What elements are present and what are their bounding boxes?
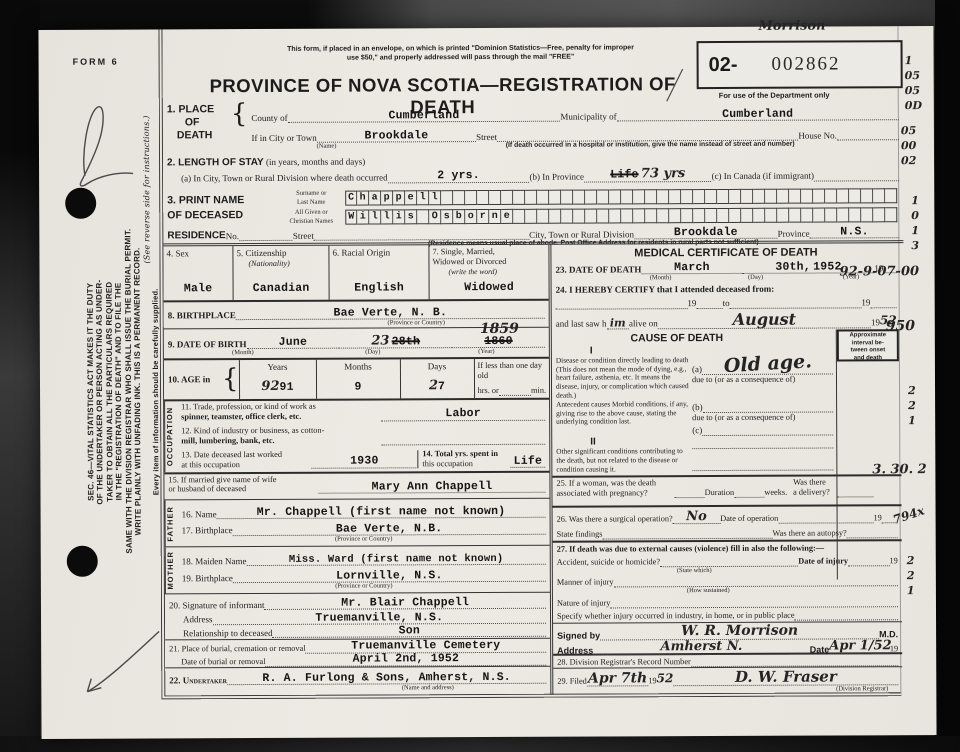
mother-name-label: 18. Maiden Name (182, 556, 247, 567)
date-injury-line (848, 565, 889, 566)
dob-year-struck: 1860 (484, 335, 512, 348)
block-informant: 20. Signature of informant Mr. Blair Cha… (165, 593, 550, 641)
row-pregnancy: 25. If a woman, was the deathassociated … (552, 476, 901, 507)
delivery-line (837, 496, 873, 497)
undertaker-line: R. A. Furlong & Sons, Amherst, N.S. (227, 671, 546, 685)
letter-cell (705, 208, 717, 223)
letter-cell (813, 189, 825, 204)
letter-cell: O (429, 209, 441, 224)
age-days-typed: 7 (438, 380, 445, 393)
letter-cell (609, 189, 621, 204)
letter-cell (573, 209, 585, 224)
mail-notice: This form, if placed in an envelope, on … (227, 44, 695, 64)
form-body-columns: 4. Sex Male 5. Citizenship(Nationality) … (163, 240, 905, 696)
block-external-causes: 27. If death was due to external causes … (553, 541, 902, 624)
residence-province-value: N.S. (840, 225, 868, 238)
registration-form: This form, if placed in an envelope, on … (158, 26, 901, 699)
occupation-side-label: OCCUPATION (164, 401, 177, 472)
letter-cell: W (345, 210, 357, 225)
residence-province-label: Province (778, 228, 810, 238)
dod-year: 1952 (813, 260, 841, 273)
letter-cell (669, 189, 681, 204)
letter-cell (753, 208, 765, 223)
stay-b-label: (b) In Province (529, 172, 584, 183)
informant-value: Mr. Blair Chappell (341, 596, 469, 610)
letter-cell (645, 189, 657, 204)
block-burial: 21. Place of burial, cremation or remova… (165, 639, 550, 669)
letter-cell (633, 189, 645, 204)
burial-place-value: Truemanville Cemetery (351, 639, 500, 653)
undertaker-caption: (Name and address) (169, 684, 546, 694)
letter-cell (717, 189, 729, 204)
letter-cell (489, 190, 501, 205)
filed-label: 29. Filed (557, 676, 587, 686)
other-line-2 (692, 458, 833, 471)
lastsaw-him: im (610, 317, 626, 330)
letter-cell (549, 209, 561, 224)
letter-cell (525, 190, 537, 205)
letter-cell (561, 190, 573, 205)
last-worked-value: 1930 (350, 454, 378, 467)
stay-c-label: (c) In Canada (if immigrant) (712, 171, 815, 182)
mother-birthplace-caption: (Province or Country) (182, 582, 546, 592)
margin-stack-3: 1 0 1 3 (911, 194, 919, 253)
letter-cell (561, 209, 573, 224)
letter-cell: s (441, 209, 453, 224)
findings-label: State findings (557, 529, 603, 539)
sex-value: Male (184, 282, 212, 295)
surname-label: Surname or Last Name (277, 190, 345, 207)
mother-birthplace-value: Lornville, N.S. (336, 569, 443, 582)
undertaker-label: 22. Undertaker (169, 675, 227, 686)
margin-950: 950 (886, 318, 915, 334)
letter-cell (885, 207, 897, 222)
margin-stack-1: 1 05 05 0D (905, 54, 922, 113)
marital-label: 7. Single, Married,Widowed or Divorced(w… (432, 247, 545, 277)
lastsaw-pre: and last saw h (556, 319, 607, 330)
block-mother: MOTHER 18. Maiden Name Miss. Ward (first… (165, 546, 550, 595)
pen-slash-mark (663, 67, 687, 103)
letter-cell: i (357, 210, 369, 225)
section-length-of-stay: 2. LENGTH OF STAY (in years, months and … (167, 154, 899, 184)
letter-cell (861, 188, 873, 203)
lastsaw-him-line: im (606, 317, 629, 330)
age-label: 10. AGE in (164, 361, 222, 400)
section-print-name: 3. PRINT NAME OF DECEASED Surname or Las… (167, 186, 901, 227)
letter-cell (501, 190, 513, 205)
margin-stack-2: 05 00 02 (901, 124, 917, 169)
burial-place-label: 21. Place of burial, cremation or remova… (169, 643, 305, 654)
dob-year-line: 18591860 (452, 335, 545, 348)
block-cause-of-death: I Disease or condition directly leading … (552, 344, 902, 478)
birthplace-value: Bae Verte, N. B. (333, 306, 447, 319)
city-town-value: Brookdale (364, 129, 428, 142)
dob-day-hand: 23 (371, 333, 389, 348)
form-number-label: FORM 6 (73, 57, 119, 67)
cause-a-dueto: due to (or as a consequence of) (692, 374, 833, 385)
print-name-label: 3. PRINT NAME OF DECEASED (167, 189, 277, 227)
letter-cell (849, 188, 861, 203)
letter-cell (621, 208, 633, 223)
dob-day-line: 23 28th (339, 333, 452, 349)
letter-cell (825, 188, 837, 203)
cause-b-dueto: due to (or as a consequence of) (692, 412, 833, 423)
letter-cell (681, 189, 693, 204)
registration-prefix: 02- (709, 53, 738, 76)
letter-cell (873, 188, 885, 203)
spouse-label: 15. If married give name of wifeor husba… (168, 474, 318, 495)
letter-cell (693, 208, 705, 223)
dob-label: 9. DATE OF BIRTH (168, 339, 247, 350)
residence-label: RESIDENCE (167, 230, 225, 242)
residence-division-value: Brookdale (674, 226, 738, 239)
letter-cell (657, 189, 669, 204)
dob-month-line: June (246, 335, 339, 348)
lastsaw-post: alive on (629, 319, 658, 329)
total-years-line: Life (510, 450, 545, 468)
dod-label: 23. DATE OF DEATH (555, 264, 641, 275)
father-birthplace-line: Bae Verte, N.B. (233, 522, 546, 536)
row-certify: 24. I HEREBY CERTIFY that I attended dec… (552, 282, 901, 330)
see-reverse-note: (See reverse side for instructions.) (141, 115, 151, 263)
mother-birthplace-line: Lornville, N.S. (233, 569, 546, 583)
letter-cell (549, 190, 561, 205)
death-certificate-paper: FORM 6 SEC. 46—VITAL STATISTICS ACT MAKE… (38, 26, 936, 739)
spouse-value: Mary Ann Chappell (372, 480, 493, 494)
duration-label: Duration (705, 488, 735, 498)
row-undertaker: 22. Undertaker R. A. Furlong & Sons, Amh… (165, 667, 550, 696)
letter-cell (873, 207, 885, 222)
letter-cell (609, 208, 621, 223)
letter-cell (717, 208, 729, 223)
registration-number: 002862 (771, 53, 840, 75)
racial-origin-value: English (354, 281, 404, 294)
margin-302: 3. 30. 2 (872, 462, 926, 477)
letter-cell: n (489, 209, 501, 224)
letter-cell (681, 208, 693, 223)
total-years-label: 14. Total yrs. spent inthis occupation (418, 448, 510, 468)
operation-label: 26. Was there a surgical operation? (557, 514, 673, 524)
citizenship-label: 5. Citizenship(Nationality) (236, 248, 325, 269)
letter-cell (849, 207, 861, 222)
spouse-line: Mary Ann Chappell (318, 475, 545, 494)
last-worked-label: 13. Date deceased last workedat this occ… (181, 449, 311, 469)
last-worked-line: 1930 (311, 450, 418, 469)
letter-cell (777, 189, 789, 204)
autopsy-line (847, 537, 898, 538)
certify-from19-line (696, 308, 722, 309)
cause-a-line: Old age. (702, 353, 833, 375)
residence-no-label: No. (226, 231, 239, 241)
place-brace: { (231, 103, 248, 152)
scan-background-left (0, 0, 40, 752)
letter-cell (585, 190, 597, 205)
letter-cell (513, 209, 525, 224)
hospital-note: (If death occurred in a hospital or inst… (401, 140, 898, 151)
letter-cell (753, 189, 765, 204)
informant-address-label: Address (169, 615, 213, 626)
letter-cell (465, 190, 477, 205)
surname-letterboxes: Chappell (345, 188, 897, 205)
father-side-label: FATHER (165, 500, 178, 546)
dod-day: 30th, (775, 261, 811, 274)
letter-cell (885, 188, 897, 203)
letter-cell (765, 189, 777, 204)
cause-c-label: (c) (692, 425, 702, 435)
age-brace: { (222, 368, 239, 391)
birthplace-line: Bae Verte, N. B. (236, 306, 545, 320)
letter-cell (777, 208, 789, 223)
letter-cell (633, 208, 645, 223)
trade-value: Labor (445, 407, 481, 420)
medical-column: MEDICAL CERTIFICATE OF DEATH 23. DATE OF… (551, 243, 902, 695)
filed-date-line: Apr 7th (587, 670, 649, 686)
signed-date-line: Apr 1/52 (829, 636, 890, 654)
street-label: Street (476, 132, 497, 142)
department-number-box: 02- 002862 (697, 40, 903, 89)
letter-cell: b (453, 209, 465, 224)
cause-title: CAUSE OF DEATH (552, 328, 802, 345)
letter-cell: s (405, 209, 417, 224)
statute-line: WRITE PLAINLY WITH UNFADING INK. THIS IS… (133, 248, 144, 536)
letter-cell (417, 209, 429, 224)
letter-cell (693, 189, 705, 204)
block-occupation: OCCUPATION 11. Trade, profession, or kin… (164, 399, 549, 473)
stay-b-struck: Life (610, 169, 638, 182)
nature-label: Nature of injury (557, 598, 610, 608)
personal-column: 4. Sex Male 5. Citizenship(Nationality) … (163, 245, 553, 697)
lastsaw-month: August (733, 310, 796, 329)
city-town-value-line: Brookdale (317, 129, 477, 143)
municipality-value: Cumberland (722, 108, 793, 121)
signed-by-value: W. R. Morrison (681, 623, 798, 640)
mother-name-value: Miss. Ward (first name not known) (289, 553, 504, 566)
pregnancy-label: 25. If a woman, was the deathassociated … (556, 478, 674, 498)
letter-cell (477, 190, 489, 205)
letter-cell (801, 208, 813, 223)
other-line-1 (692, 436, 833, 449)
given-names-label: All Given or Christian Names (277, 209, 345, 226)
section-place-of-death: 1. PLACE OF DEATH { County of Cumberland… (167, 100, 899, 152)
county-value: Cumberland (388, 109, 459, 122)
signed-date-value: Apr 1/52 (829, 638, 892, 653)
margin-code: 92-9-07-00 (839, 264, 919, 279)
cause-lead-text: Disease or condition directly leading to… (556, 356, 692, 400)
signed-address-value: Amherst N. (660, 639, 742, 654)
specify-label: Specify whether injury occurred in indus… (557, 610, 795, 621)
letter-cell: a (369, 190, 381, 205)
row-sex-citizenship-racial-marital: 4. Sex Male 5. Citizenship(Nationality) … (163, 245, 548, 303)
residence-division-label: City, Town or Rural Division (529, 229, 634, 240)
given-names-letterboxes: Willis Osborne (345, 207, 897, 224)
stay-label-sub: (in years, months and days) (266, 157, 365, 167)
trade-line: Labor (381, 403, 545, 422)
date-injury-label: Date of injury (798, 556, 848, 566)
cause-a-label: (a) (692, 365, 702, 375)
dod-month: March (674, 261, 710, 274)
record-number-label: 28. Division Registrar's Record Number (557, 657, 691, 668)
dob-month: June (279, 336, 307, 349)
burial-place-line: Truemanville Cemetery (306, 639, 547, 653)
letter-cell: r (477, 209, 489, 224)
pregnancy-line (675, 497, 705, 498)
father-birthplace-caption: (Province or Country) (182, 535, 546, 545)
letter-cell (621, 189, 633, 204)
letter-cell (813, 208, 825, 223)
letter-cell (597, 189, 609, 204)
statute-sidebar: SEC. 46—VITAL STATISTICS ACT MAKES IT TH… (85, 101, 160, 681)
letter-cell (729, 208, 741, 223)
stay-a-label: (a) In City, Town or Rural Division wher… (167, 173, 388, 184)
father-name-line: Mr. Chappell (first name not known) (217, 505, 546, 519)
stay-c-line (814, 180, 899, 181)
block-father: FATHER 16. Name Mr. Chappell (first name… (165, 499, 550, 548)
letter-cell (645, 208, 657, 223)
letter-cell: p (393, 190, 405, 205)
stay-b-line: Life 73 yrs (584, 166, 712, 182)
letter-cell (597, 208, 609, 223)
dob-day-struck: 28th (392, 335, 420, 348)
letter-cell (741, 189, 753, 204)
informant-relationship-value: Son (399, 625, 420, 638)
age-days-label: Days (403, 361, 470, 372)
row-age: 10. AGE in { Years 9291 Months 9 Days 27 (164, 359, 549, 401)
father-name-label: 16. Name (182, 509, 217, 519)
letter-cell (825, 207, 837, 222)
county-label: County of (251, 113, 287, 124)
operation-date-label: Date of operation (720, 514, 778, 524)
letter-cell (789, 208, 801, 223)
findings-line (603, 537, 773, 539)
letter-cell: l (417, 190, 429, 205)
letter-cell: e (405, 190, 417, 205)
letter-cell (441, 190, 453, 205)
residence-division-line: Brookdale (634, 226, 778, 240)
letter-cell (837, 207, 849, 222)
birthplace-label: 8. BIRTHPLACE (168, 310, 236, 321)
sex-label: 4. Sex (166, 248, 229, 259)
letter-cell: l (429, 190, 441, 205)
industry-label: 12. Kind of industry or business, as cot… (181, 425, 381, 446)
registrar-annotation: Morrison (758, 19, 825, 34)
age-months-value: 9 (354, 380, 361, 393)
letter-cell (537, 209, 549, 224)
row-date-of-birth: 9. DATE OF BIRTH June 23 28th 18591860 (… (164, 328, 549, 361)
undertaker-value: R. A. Furlong & Sons, Amherst, N.S. (262, 671, 511, 685)
letter-cell (585, 209, 597, 224)
block-signed: Signed by W. R. Morrison M.D. Address Am… (553, 622, 902, 656)
antecedent-text: Antecedent causes Morbid conditions, if … (556, 400, 692, 427)
father-birthplace-label: 17. Birthplace (182, 526, 233, 537)
age-years-label: Years (242, 362, 312, 373)
letter-cell: p (381, 190, 393, 205)
stay-a-line: 2 yrs. (388, 169, 530, 183)
letter-cell: l (381, 209, 393, 224)
duration-line (734, 497, 764, 498)
registrar-signature-line: D. W. Fraser (673, 668, 898, 686)
dod-month-line: March (641, 261, 742, 275)
letter-cell (837, 188, 849, 203)
municipality-label: Municipality of (560, 111, 616, 122)
city-town-label: If in City or Town (251, 132, 316, 143)
letter-cell (789, 189, 801, 204)
mother-side-label: MOTHER (165, 548, 178, 594)
stay-b-hand: 73 yrs (641, 167, 685, 182)
letter-cell: h (357, 191, 369, 206)
cause-b-label: (b) (692, 403, 703, 413)
county-value-line: Cumberland (288, 109, 561, 123)
marital-value: Widowed (464, 281, 514, 294)
row-spouse: 15. If married give name of wifeor husba… (164, 472, 549, 500)
citizenship-value: Canadian (253, 282, 310, 295)
department-box-caption: For use of the Department only (719, 91, 830, 100)
row-filed: 29. Filed Apr 7th 1952 D. W. Fraser (Div… (553, 667, 902, 695)
other-conditions-text: Other significant conditions contributin… (556, 447, 692, 474)
mother-birthplace-label: 19. Birthplace (182, 573, 233, 584)
letter-cell: C (345, 191, 357, 206)
letter-cell (765, 208, 777, 223)
residence-street-label: Street (293, 230, 314, 240)
informant-relationship-label: Relationship to deceased (169, 628, 273, 639)
filed-date: Apr 7th (588, 670, 647, 686)
letter-cell: l (369, 209, 381, 224)
operation-value: No (686, 509, 707, 524)
letter-cell (801, 189, 813, 204)
certify-to19-line (870, 307, 896, 308)
signed-address-line: Amherst N. (593, 636, 810, 655)
place-of-death-label: 1. PLACE OF DEATH (167, 103, 231, 152)
age-years-hand: 92 (261, 379, 279, 394)
letter-cell (573, 190, 585, 205)
age-hrs-line (499, 395, 531, 396)
letter-cell: o (465, 209, 477, 224)
stay-label: 2. LENGTH OF STAY (167, 157, 264, 168)
scanned-death-registration: { "page": { "form_no": "FORM 6", "notice… (0, 0, 960, 752)
weeks-label: weeks. (764, 488, 787, 498)
signed-address-label: Address (557, 645, 593, 655)
father-name-value: Mr. Chappell (first name not known) (257, 505, 506, 519)
informant-line: Mr. Blair Chappell (264, 596, 546, 610)
letter-cell (513, 190, 525, 205)
medical-title: MEDICAL CERTIFICATE OF DEATH (551, 243, 900, 260)
informant-label: 20. Signature of informant (169, 600, 265, 611)
letter-cell (705, 189, 717, 204)
industry-line (381, 443, 545, 445)
accident-label: Accident, suicide or homicide? (557, 557, 660, 567)
father-birthplace-value: Bae Verte, N.B. (336, 522, 443, 535)
residence-province-line: N.S. (810, 225, 900, 238)
specify-line (795, 619, 899, 620)
manner-label: Manner of injury (557, 578, 614, 588)
letter-cell (525, 209, 537, 224)
scan-background-right (935, 0, 960, 752)
lastsaw-month-line: August (658, 310, 871, 329)
trade-label: 11. Trade, profession, or kind of work a… (181, 401, 381, 422)
letter-cell (453, 190, 465, 205)
house-no-label: House No. (798, 130, 837, 141)
margin-stack-5: 2 2 1 (907, 554, 915, 599)
letter-cell (669, 208, 681, 223)
burial-date-label: Date of burial or removal (169, 657, 265, 667)
autopsy-label: Was there an autopsy? (772, 528, 846, 538)
statute-line: IN THE "REGISTRATION OF DEATH" AND TO FI… (114, 283, 124, 501)
age-months-label: Months (319, 362, 396, 373)
letter-cell: i (393, 209, 405, 224)
signed-date-label: Date (810, 644, 830, 654)
burial-date-line: April 2nd, 1952 (266, 652, 547, 666)
age-days-hand: 2 (429, 378, 438, 393)
informant-address-value: Truemanville, N.S. (315, 611, 443, 625)
